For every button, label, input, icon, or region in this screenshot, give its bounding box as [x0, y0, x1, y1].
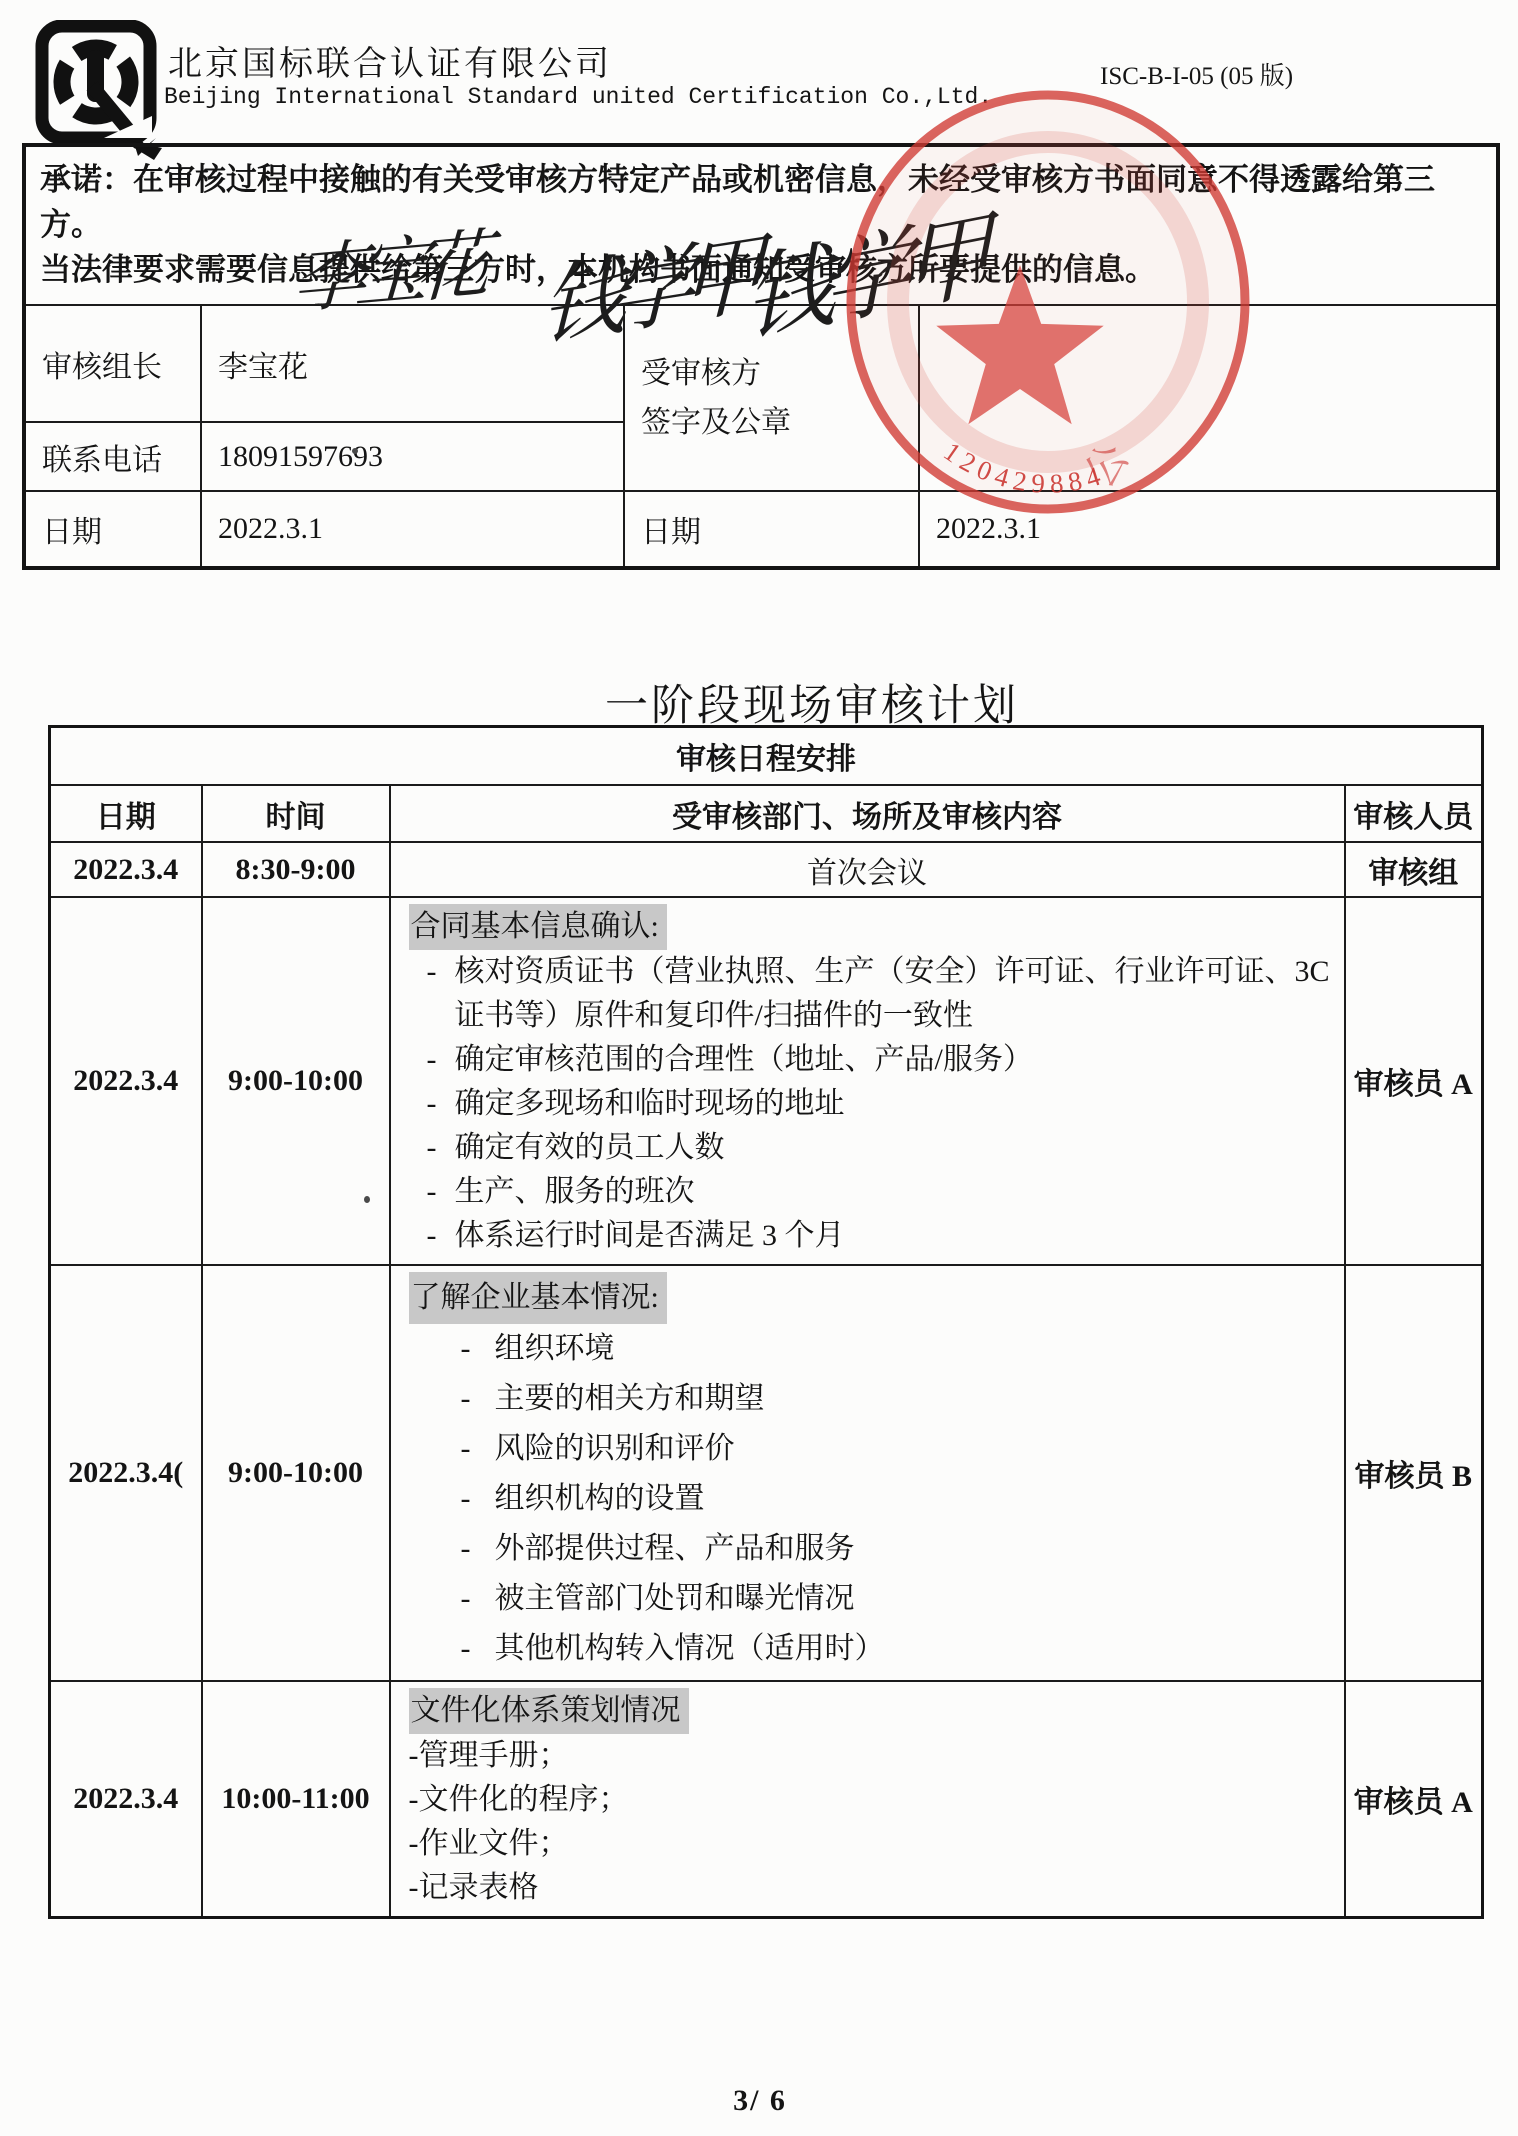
- row4-line: -作业文件；: [409, 1822, 1334, 1866]
- row1-date: 2022.3.4: [50, 842, 202, 897]
- row1-auditor: 审核组: [1345, 842, 1483, 897]
- row2-time: 9:00-10:00: [202, 897, 390, 1265]
- row3-bullet: 组织机构的设置: [495, 1474, 705, 1524]
- row3-bullet: 其他机构转入情况（适用时）: [495, 1624, 885, 1674]
- row3-bullet: 被主管部门处罚和曝光情况: [495, 1574, 855, 1624]
- auditee-signature-cell: [919, 305, 1498, 491]
- scan-artifact-dot: [364, 1196, 370, 1203]
- row4-line: -文件化的程序；: [409, 1778, 1334, 1822]
- leader-label: 审核组长: [24, 305, 201, 422]
- schedule-band-title: 审核日程安排: [50, 727, 1483, 786]
- phone-value: 18091597693: [201, 422, 624, 491]
- row2-auditor: 审核员 A: [1345, 897, 1483, 1265]
- row2-bullet: 确定有效的员工人数: [455, 1126, 725, 1170]
- row2-bullet: 核对资质证书（营业执照、生产（安全）许可证、行业许可证、3C 证书等）原件和复印…: [455, 950, 1334, 1038]
- row1-time: 8:30-9:00: [202, 842, 390, 897]
- leader-name: 李宝花: [201, 305, 624, 422]
- auditee-label-line1: 受审核方: [641, 349, 918, 398]
- commitment-text: 承诺：在审核过程中接触的有关受审核方特定产品或机密信息，未经受审核方书面同意不得…: [24, 145, 1498, 305]
- row3-content: 了解企业基本情况: -组织环境 -主要的相关方和期望 -风险的识别和评价 -组织…: [390, 1265, 1345, 1681]
- row4-date: 2022.3.4: [50, 1681, 202, 1918]
- row2-bullet: 生产、服务的班次: [455, 1170, 695, 1214]
- page-number: 3/ 6: [660, 2084, 860, 2118]
- company-logo-icon: [34, 20, 166, 162]
- row1-content: 首次会议: [390, 842, 1345, 897]
- auditee-date-label: 日期: [624, 491, 919, 568]
- row4-section-title: 文件化体系策划情况: [409, 1688, 689, 1734]
- row4-line: -管理手册；: [409, 1734, 1334, 1778]
- phone-label: 联系电话: [24, 422, 201, 491]
- row4-content: 文件化体系策划情况 -管理手册； -文件化的程序； -作业文件； -记录表格: [390, 1681, 1345, 1918]
- company-name-en: Beijing International Standard united Ce…: [164, 84, 992, 110]
- row3-bullet: 组织环境: [495, 1324, 615, 1374]
- row3-bullet: 风险的识别和评价: [495, 1424, 735, 1474]
- row2-section-title: 合同基本信息确认:: [409, 904, 667, 950]
- col-header-auditor: 审核人员: [1345, 785, 1483, 842]
- row4-auditor: 审核员 A: [1345, 1681, 1483, 1918]
- row2-bullet: 确定多现场和临时现场的地址: [455, 1082, 845, 1126]
- leader-date-label: 日期: [24, 491, 201, 568]
- plan-title: 一阶段现场审核计划: [0, 672, 1518, 733]
- row2-bullet: 体系运行时间是否满足 3 个月: [455, 1214, 845, 1258]
- row3-bullet: 主要的相关方和期望: [495, 1374, 765, 1424]
- row4-time: 10:00-11:00: [202, 1681, 390, 1918]
- row3-bullet: 外部提供过程、产品和服务: [495, 1524, 855, 1574]
- commitment-signature-table: 承诺：在审核过程中接触的有关受审核方特定产品或机密信息，未经受审核方书面同意不得…: [22, 143, 1500, 570]
- auditee-sign-label: 受审核方 签字及公章: [624, 305, 919, 491]
- col-header-date: 日期: [50, 785, 202, 842]
- row4-line: -记录表格: [409, 1866, 1334, 1910]
- col-header-time: 时间: [202, 785, 390, 842]
- commitment-line1: 承诺：在审核过程中接触的有关受审核方特定产品或机密信息，未经受审核方书面同意不得…: [40, 157, 1482, 247]
- company-name-zh: 北京国标联合认证有限公司: [168, 36, 612, 85]
- document-number: ISC-B-I-05 (05 版): [1100, 56, 1293, 92]
- leader-date-value: 2022.3.1: [201, 491, 624, 568]
- scan-artifact-dot: [352, 448, 358, 454]
- col-header-content: 受审核部门、场所及审核内容: [390, 785, 1345, 842]
- row2-date: 2022.3.4: [50, 897, 202, 1265]
- auditee-label-line2: 签字及公章: [641, 398, 918, 447]
- document-page: 北京国标联合认证有限公司 Beijing International Stand…: [0, 0, 1518, 2136]
- row3-auditor: 审核员 B: [1345, 1265, 1483, 1681]
- audit-schedule-table: 审核日程安排 日期 时间 受审核部门、场所及审核内容 审核人员 2022.3.4…: [48, 725, 1484, 1919]
- commitment-line2: 当法律要求需要信息提供给第三方时，本机构书面通知受审核方所要提供的信息。: [40, 247, 1482, 292]
- row2-bullet: 确定审核范围的合理性（地址、产品/服务）: [455, 1038, 1033, 1082]
- auditee-date-value: 2022.3.1: [919, 491, 1498, 568]
- row3-time: 9:00-10:00: [202, 1265, 390, 1681]
- row2-content: 合同基本信息确认: -核对资质证书（营业执照、生产（安全）许可证、行业许可证、3…: [390, 897, 1345, 1265]
- row3-date: 2022.3.4(: [50, 1265, 202, 1681]
- row3-section-title: 了解企业基本情况:: [409, 1272, 667, 1324]
